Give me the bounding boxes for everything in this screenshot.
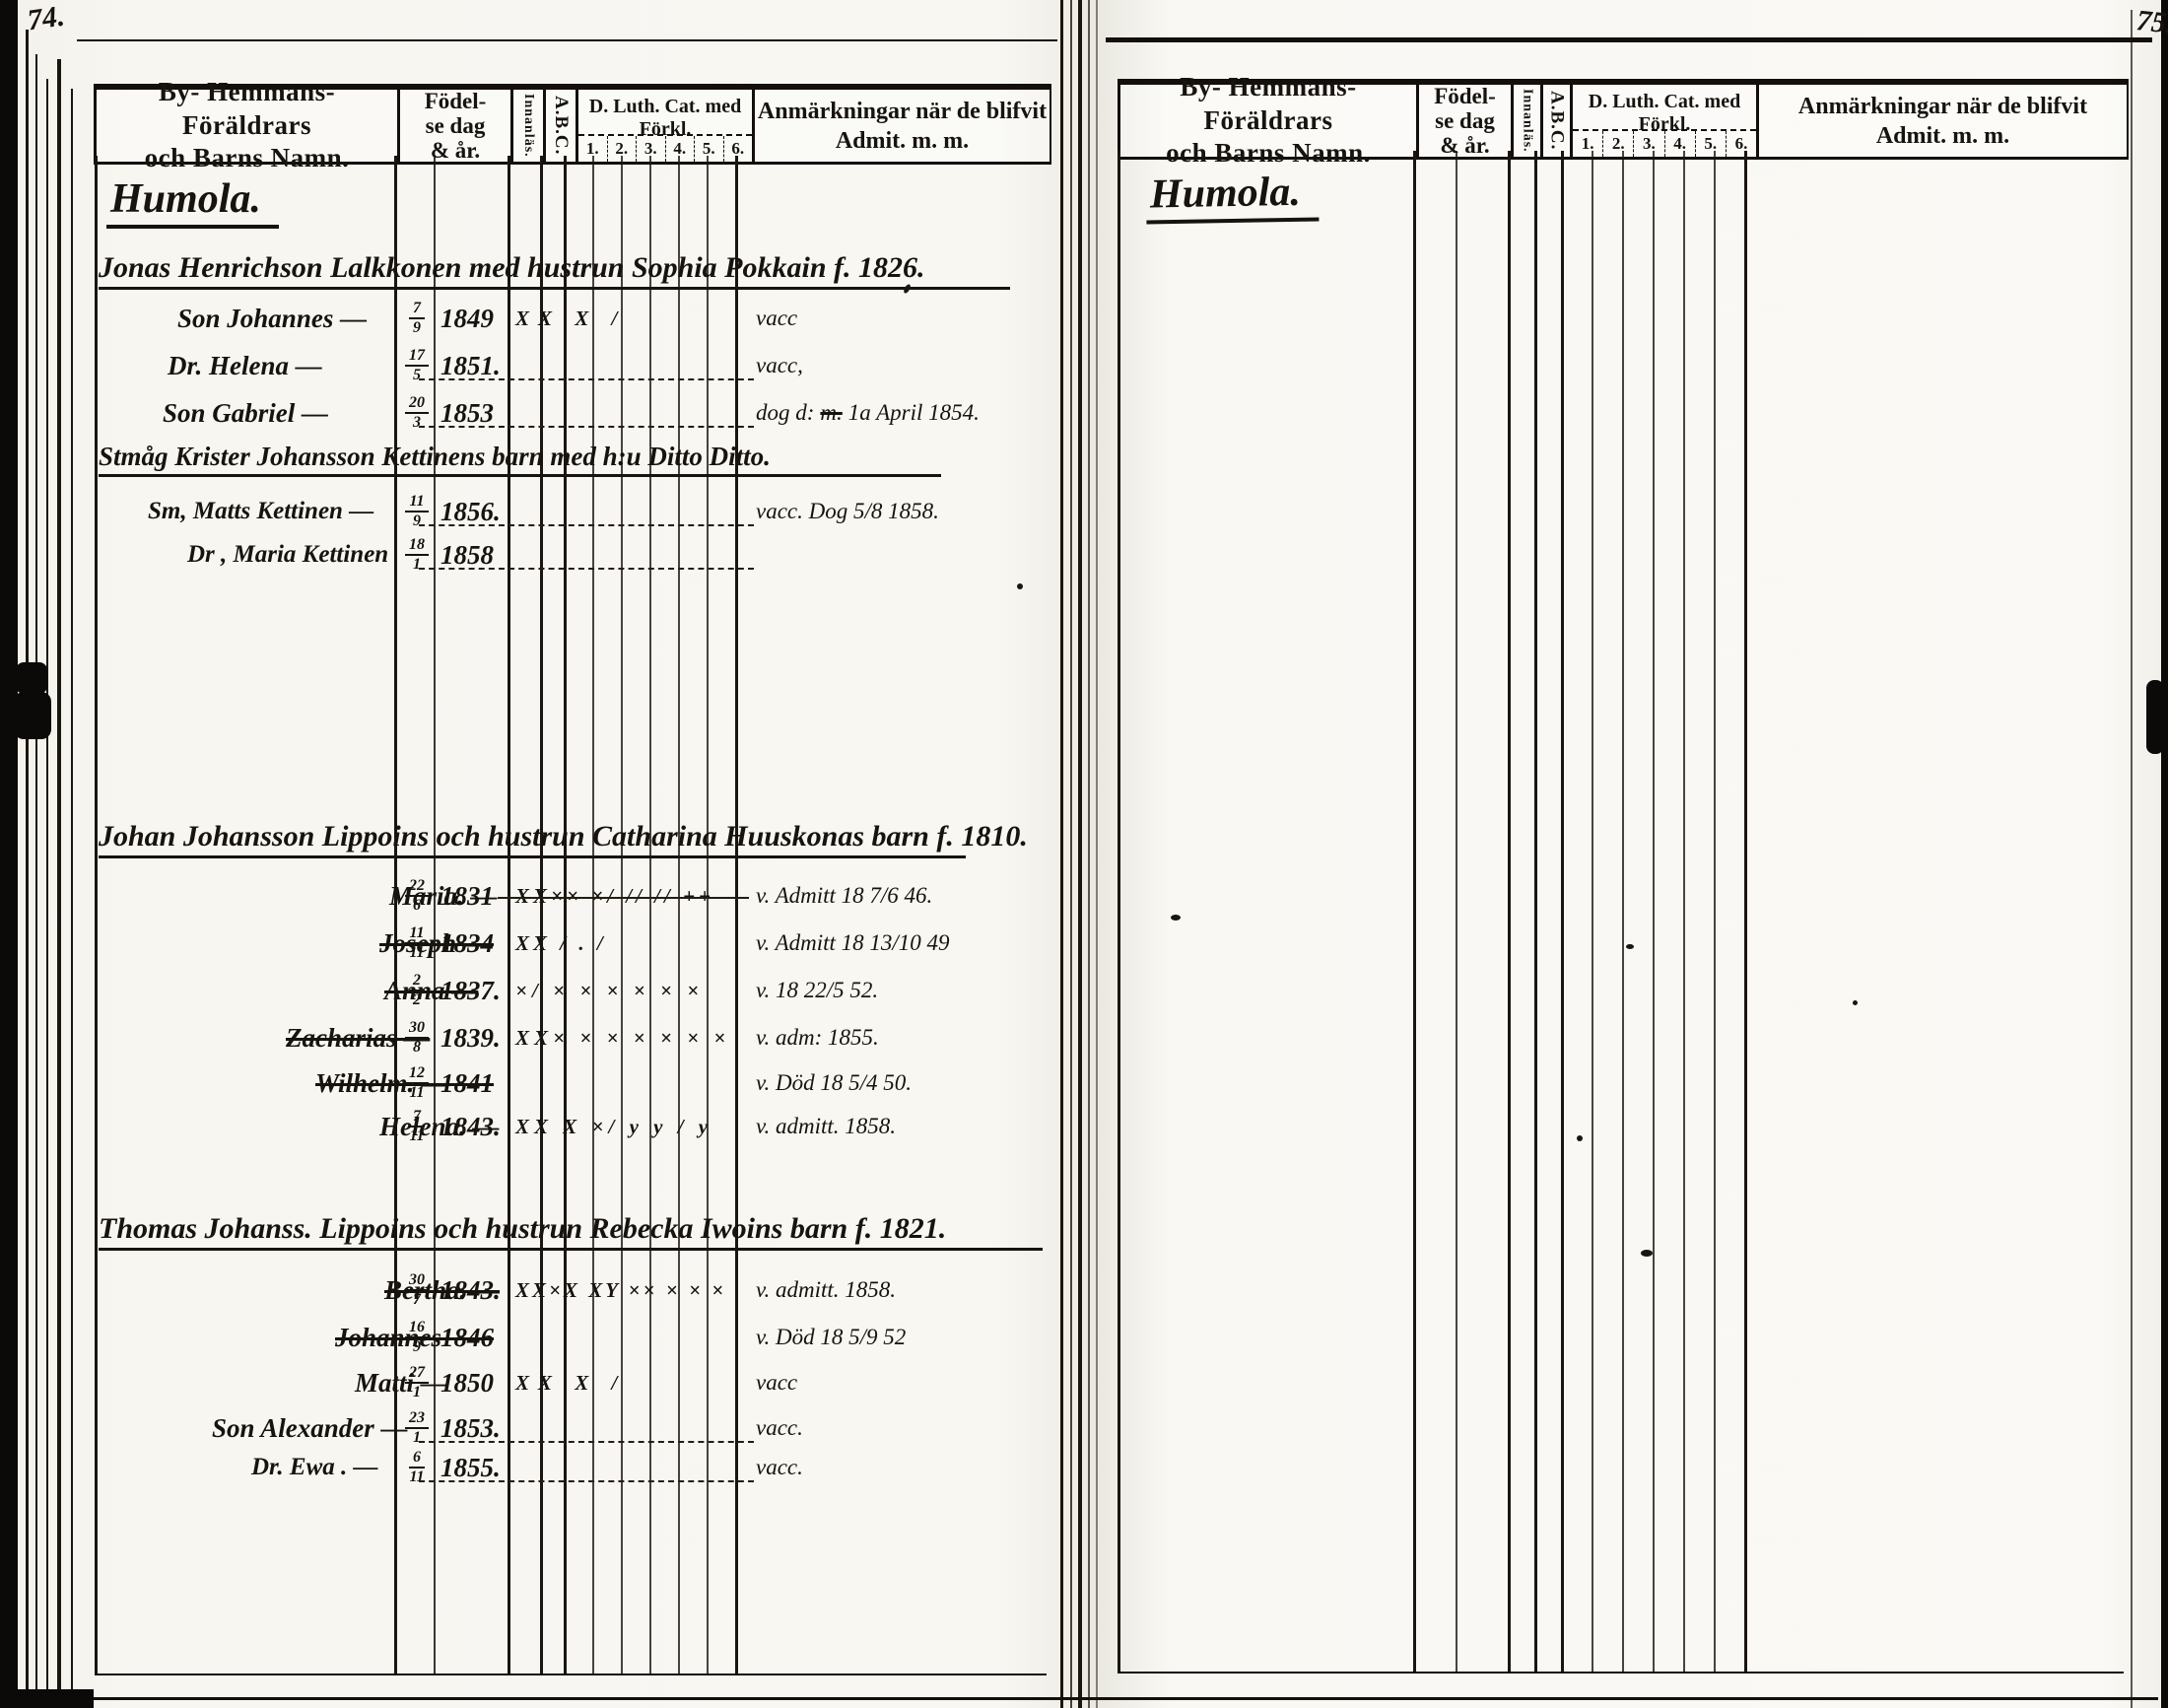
left-header: By- Hemmans- Föräldrars och Barns Namn. …: [94, 84, 1051, 165]
bottom-left-corner: [0, 1689, 94, 1708]
birth-year: 1851.: [440, 343, 501, 388]
village-heading-left: Humola.: [106, 175, 279, 229]
table-row: Wilhelm. — 1211 1841 v. Död 18 5/4 50.: [94, 1060, 1047, 1106]
row-baseline: [419, 568, 754, 570]
birth-day-month: 711: [397, 1104, 437, 1149]
birth-year: 1850: [440, 1360, 494, 1405]
birth-day: 2: [409, 973, 425, 991]
catechism-marks: XX X ×/ y y / y: [515, 1104, 712, 1149]
ink-speck: [1577, 1135, 1583, 1141]
child-name: Dr , Maria Kettinen: [187, 532, 388, 578]
birth-year: 1843.: [440, 1267, 501, 1313]
birth-day-month: 307: [397, 1267, 437, 1313]
row-baseline: [419, 378, 754, 380]
header-innanlas: Innanläs.: [1514, 85, 1540, 157]
header-names-line2: och Barns Namn.: [145, 142, 350, 175]
birth-year: 1853: [440, 390, 494, 436]
header-birth: Födel- se dag & år.: [400, 90, 510, 162]
village-heading-right: Humola.: [1146, 168, 1320, 224]
birth-month: 1: [413, 1429, 421, 1446]
catechism-marks: XX X /: [515, 1360, 626, 1405]
column-rule: [1118, 151, 1120, 1674]
table-row: Dr , Maria Kettinen 181 1858: [94, 532, 1047, 578]
table-row: Bertha. — 307 1843. XX×X XY ×× × × × v. …: [94, 1267, 1047, 1313]
header-cat-numbers: 1. 2. 3. 4. 5. 6.: [1573, 129, 1756, 157]
remark: vacc,: [756, 343, 803, 388]
page-number-left: 74.: [26, 0, 67, 37]
left-binding-bar: [0, 0, 18, 1708]
birth-month: 5: [413, 367, 421, 383]
table-row: Helena. — 711 1843. XX X ×/ y y / y v. a…: [94, 1104, 1047, 1149]
row-baseline: [419, 426, 754, 428]
birth-day-month: 308: [397, 1015, 437, 1060]
column-rule: [1534, 151, 1537, 1674]
birth-year: 1856.: [440, 489, 501, 534]
child-name: Dr. Ewa . —: [251, 1445, 378, 1490]
birth-day-month: 181: [397, 532, 437, 578]
table-row: Maria. — 226 1831 XX×× ×/ // // ++ v. Ad…: [94, 873, 1047, 919]
header-birth: Födel- se dag & år.: [1419, 85, 1511, 157]
gutter-line: [1070, 0, 1072, 1708]
cat-col-2: 2.: [1603, 131, 1634, 157]
remark: v. Admitt 18 7/6 46.: [756, 873, 932, 919]
remark: v. admitt. 1858.: [756, 1267, 896, 1313]
right-edge-line: [2131, 10, 2133, 1708]
header-birth-line3: & år.: [1440, 133, 1489, 158]
header-abc-label: A.B.C.: [550, 96, 572, 155]
cat-col-6: 6.: [1727, 131, 1756, 157]
header-cat-numbers: 1. 2. 3. 4. 5. 6.: [578, 134, 752, 162]
birth-day: 30: [405, 1272, 429, 1291]
marks-strike: [498, 897, 749, 899]
birth-day-month: 169: [397, 1315, 437, 1360]
header-names: By- Hemmans- Föräldrars och Barns Namn.: [1120, 85, 1416, 157]
child-name: Dr. Helena —: [168, 343, 322, 388]
catechism-marks: ×/ × × × × × ×: [515, 968, 704, 1013]
catechism-marks: XX×× ×/ // // ++: [515, 873, 714, 919]
birth-year: 1846: [440, 1315, 494, 1360]
ink-speck: [1641, 1250, 1653, 1257]
birth-month: 11: [409, 1469, 424, 1485]
birth-month: 8: [413, 1039, 421, 1056]
header-names: By- Hemmans- Föräldrars och Barns Namn.: [97, 90, 397, 162]
birth-day: 7: [409, 301, 425, 319]
table-row: Son Johannes — 79 1849 XX X / vacc: [94, 296, 1047, 341]
header-remarks-line2: Admit. m. m.: [1876, 121, 2009, 151]
column-rule: [1622, 151, 1624, 1674]
birth-month: 1: [413, 556, 421, 573]
gutter-line: [1088, 0, 1090, 1708]
table-row: Matti — 271 1850 XX X / vacc: [94, 1360, 1047, 1405]
column-rule: [1413, 151, 1416, 1674]
bottom-rule: [59, 1697, 2158, 1700]
header-names-line1: By- Hemmans- Föräldrars: [1120, 71, 1416, 138]
remark: v. adm: 1855.: [756, 1015, 879, 1060]
ink-speck: [1171, 915, 1181, 921]
right-page-top-rule: [1106, 37, 2152, 42]
row-baseline: [419, 524, 754, 526]
catechism-marks: XX X /: [515, 296, 626, 341]
header-remarks-line1: Anmärkningar när de blifvit: [758, 97, 1047, 126]
ink-speck: [1626, 944, 1634, 949]
family-heading: Johan Johansson Lippoins och hustrun Cat…: [99, 820, 966, 858]
cat-col-4: 4.: [666, 136, 696, 162]
remark: vacc.: [756, 1445, 803, 1490]
birth-year: 1843.: [440, 1104, 501, 1149]
birth-month: 11: [409, 1127, 424, 1144]
table-row: Johannes 169 1846 v. Död 18 5/9 52: [94, 1315, 1047, 1360]
gutter-line: [1060, 0, 1063, 1708]
right-edge-blob: [2146, 680, 2164, 754]
cat-col-5: 5.: [1696, 131, 1727, 157]
header-catechism: D. Luth. Cat. med Förkl. 1. 2. 3. 4. 5. …: [1573, 85, 1756, 157]
left-edge-line: [57, 59, 61, 1708]
remark: v. Död 18 5/9 52: [756, 1315, 906, 1360]
column-rule: [1714, 151, 1716, 1674]
birth-day: 18: [405, 537, 429, 556]
birth-day-month: 1211: [397, 1060, 437, 1106]
birth-year: 1858: [440, 532, 494, 578]
catechism-marks: XX / . /: [515, 921, 607, 966]
remark: v. admitt. 1858.: [756, 1104, 896, 1149]
birth-day: 6: [409, 1450, 425, 1469]
child-name: Sm, Matts Kettinen —: [148, 489, 373, 534]
cat-col-1: 1.: [1573, 131, 1603, 157]
remark-struck: m.: [820, 400, 842, 426]
birth-day: 30: [405, 1020, 429, 1039]
left-edge-line: [26, 30, 29, 1708]
birth-day: 12: [405, 1065, 429, 1084]
ink-speck: [1017, 583, 1023, 589]
birth-day-month: 22: [397, 968, 437, 1013]
column-rule: [1653, 151, 1655, 1674]
table-row: Son Gabriel — 203 1853 dog d: m. 1a Apri…: [94, 390, 1047, 436]
scanned-book-spread: 74. 75. By- Hemmans- Föräldrars och Barn…: [0, 0, 2168, 1708]
remark: dog d: m. 1a April 1854.: [756, 390, 980, 436]
birth-day-month: 175: [397, 343, 437, 388]
header-birth-line1: Födel-: [1434, 84, 1496, 108]
birth-year: 1849: [440, 296, 494, 341]
table-row: Sm, Matts Kettinen — 119 1856. vacc. Dog…: [94, 489, 1047, 534]
catechism-marks: XX× × × × × × ×: [515, 1015, 730, 1060]
child-name: Son Gabriel —: [163, 390, 328, 436]
remark-pre: dog d:: [756, 400, 814, 426]
birth-month: 9: [413, 1338, 421, 1355]
birth-day: 11: [405, 494, 428, 512]
remark: vacc. Dog 5/8 1858.: [756, 489, 939, 534]
header-remarks-line1: Anmärkningar när de blifvit: [1798, 92, 2087, 121]
remark: vacc: [756, 296, 797, 341]
header-catechism: D. Luth. Cat. med Förkl. 1. 2. 3. 4. 5. …: [578, 90, 752, 162]
birth-day: 11: [405, 925, 428, 944]
right-binding-bar: [2161, 0, 2168, 1708]
birth-day-month: 271: [397, 1360, 437, 1405]
header-innanlas-label: Innanläs.: [1520, 89, 1535, 153]
birth-month: 11: [409, 1084, 424, 1101]
birth-month: 2: [413, 991, 421, 1008]
right-page-bottom-rule: [1118, 1672, 2124, 1674]
binding-blob: [14, 692, 51, 739]
table-row: Dr. Helena — 175 1851. vacc,: [94, 343, 1047, 388]
left-page-bottom-rule: [95, 1674, 1047, 1675]
birth-year: 1834: [440, 921, 494, 966]
birth-year: 1831: [440, 873, 494, 919]
left-edge-line: [46, 79, 48, 1708]
header-abc: A.B.C.: [1543, 85, 1570, 157]
header-abc-label: A.B.C.: [1546, 91, 1568, 150]
remark: v. 18 22/5 52.: [756, 968, 878, 1013]
birth-day-month: 226: [397, 873, 437, 919]
header-birth-line3: & år.: [431, 138, 480, 163]
birth-year: 1839.: [440, 1015, 501, 1060]
birth-day: 22: [405, 878, 429, 897]
remark: v. Admitt 18 13/10 49: [756, 921, 950, 966]
birth-year: 1841: [440, 1060, 494, 1106]
family-heading: Jonas Henrichson Lalkkonen med hustrun S…: [99, 251, 1010, 290]
column-rule: [1744, 151, 1747, 1674]
header-innanlas-label: Innanläs.: [520, 94, 536, 158]
column-rule: [1508, 151, 1511, 1674]
birth-day: 17: [405, 348, 429, 367]
birth-year: 1855.: [440, 1445, 501, 1490]
birth-day: 16: [405, 1320, 429, 1338]
left-edge-line: [71, 89, 73, 1708]
header-abc: A.B.C.: [546, 90, 576, 162]
gutter-line: [1096, 0, 1098, 1708]
birth-month: 9: [413, 319, 421, 336]
header-names-line2: och Barns Namn.: [1166, 137, 1371, 171]
birth-day-month: 1111: [397, 921, 437, 966]
column-rule: [1592, 151, 1593, 1674]
family-heading: Stmåg Krister Johansson Kettinens barn m…: [99, 442, 941, 477]
birth-day-month: 203: [397, 390, 437, 436]
left-edge-line: [35, 54, 37, 1708]
birth-month: 3: [413, 414, 421, 431]
column-rule: [1561, 151, 1564, 1674]
table-row: Anna — 22 1837. ×/ × × × × × × v. 18 22/…: [94, 968, 1047, 1013]
table-row: Joseph — 1111 1834 XX / . / v. Admitt 18…: [94, 921, 1047, 966]
birth-day: 23: [405, 1410, 429, 1429]
birth-month: 9: [413, 512, 421, 529]
birth-day: 20: [405, 395, 429, 414]
left-page-top-rule: [77, 39, 1057, 41]
remark: vacc: [756, 1360, 797, 1405]
birth-month: 1: [413, 1384, 421, 1401]
row-baseline: [419, 1480, 754, 1482]
ink-speck: [1853, 1000, 1858, 1005]
gutter-line: [1078, 0, 1082, 1708]
remark-post: 1a April 1854.: [848, 400, 980, 426]
birth-day: 7: [409, 1109, 425, 1127]
header-remarks-line2: Admit. m. m.: [836, 126, 969, 156]
family-heading: Thomas Johanss. Lippoins och hustrun Reb…: [99, 1212, 1043, 1251]
table-row: Dr. Ewa . — 611 1855. vacc.: [94, 1445, 1047, 1490]
header-cat-line1: D. Luth. Cat. med: [589, 96, 741, 118]
binding-blob: [16, 662, 47, 694]
cat-col-4: 4.: [1665, 131, 1696, 157]
remark: v. Död 18 5/4 50.: [756, 1060, 912, 1106]
page-number-right: 75.: [2134, 4, 2168, 41]
birth-day-month: 611: [397, 1445, 437, 1490]
catechism-marks: XX×X XY ×× × × ×: [515, 1267, 726, 1313]
child-name: Son Johannes —: [177, 296, 367, 341]
header-birth-line1: Födel-: [425, 89, 487, 113]
birth-month: 11: [409, 944, 424, 961]
header-birth-line2: se dag: [426, 113, 486, 138]
header-remarks: Anmärkningar när de blifvit Admit. m. m.: [755, 90, 1050, 162]
column-rule: [1683, 151, 1685, 1674]
birth-day-month: 119: [397, 489, 437, 534]
birth-day: 27: [405, 1365, 429, 1384]
header-birth-line2: se dag: [1435, 108, 1495, 133]
table-row: Zacharias — 308 1839. XX× × × × × × × v.…: [94, 1015, 1047, 1060]
cat-col-5: 5.: [695, 136, 724, 162]
column-rule: [1456, 151, 1457, 1674]
header-names-line1: By- Hemmans- Föräldrars: [97, 76, 397, 143]
birth-day-month: 79: [397, 296, 437, 341]
row-baseline: [419, 1441, 754, 1443]
right-header: By- Hemmans- Föräldrars och Barns Namn. …: [1118, 79, 2129, 160]
cat-col-3: 3.: [1634, 131, 1664, 157]
birth-month: 7: [413, 1291, 421, 1308]
header-innanlas: Innanläs.: [513, 90, 543, 162]
birth-month: 6: [413, 897, 421, 914]
header-remarks: Anmärkningar när de blifvit Admit. m. m.: [1759, 85, 2127, 157]
birth-year: 1837.: [440, 968, 501, 1013]
header-cat-line1: D. Luth. Cat. med: [1589, 91, 1740, 113]
